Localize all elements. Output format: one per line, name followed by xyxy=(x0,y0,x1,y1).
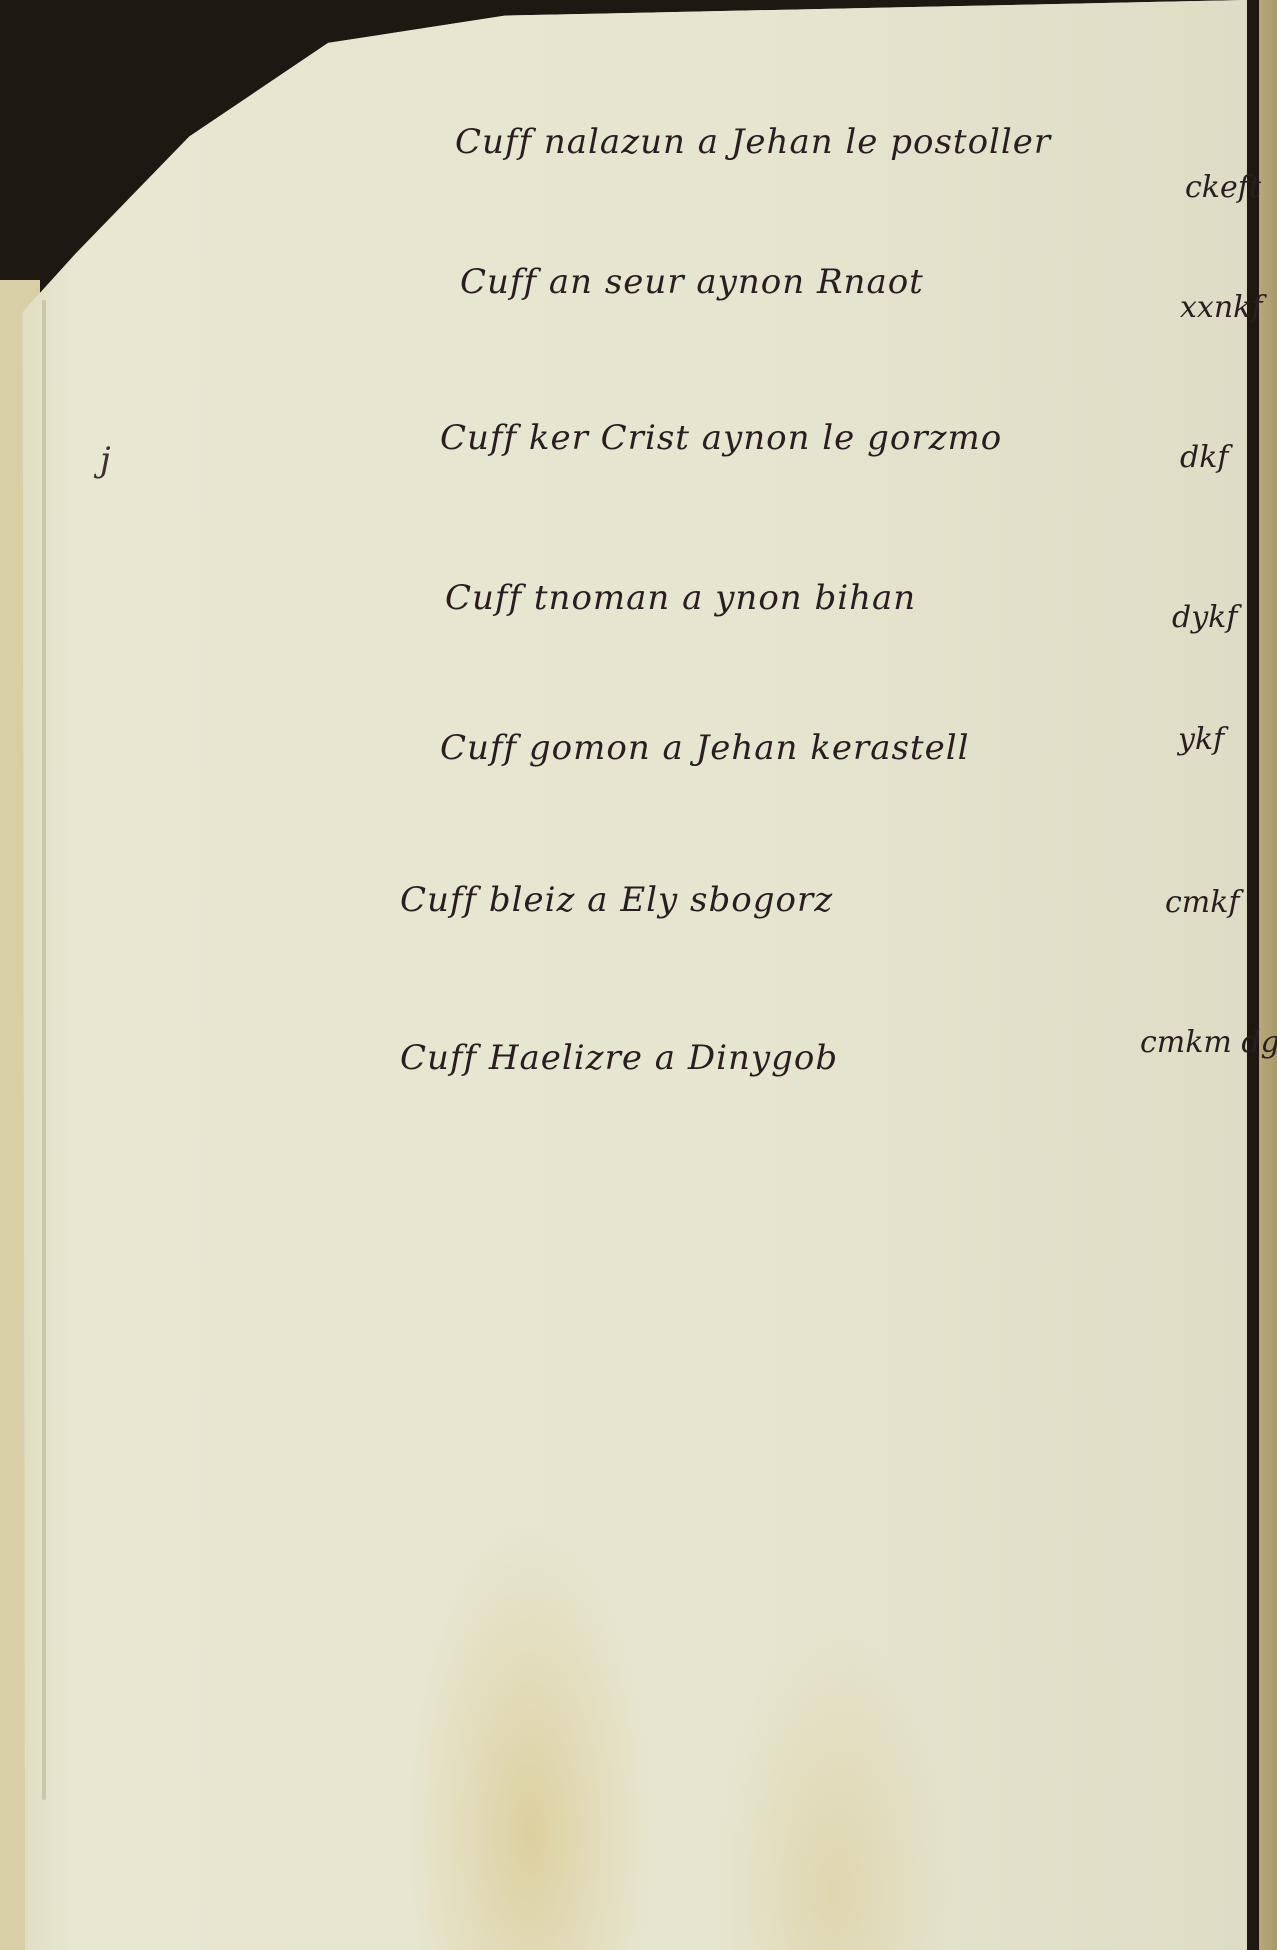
entry-amount-4: dykf xyxy=(1172,600,1237,635)
entry-amount-6: cmkf xyxy=(1165,885,1240,920)
page-edge-fold xyxy=(42,300,46,1800)
entry-amount-2: xxnkf xyxy=(1180,290,1262,325)
entry-line-2: Cuff an seur aynon Rnaot xyxy=(460,262,924,302)
entry-line-1: Cuff nalazun a Jehan le postoller xyxy=(455,122,1051,162)
entry-amount-3: dkf xyxy=(1180,440,1229,475)
entry-amount-7: cmkm dg xyxy=(1140,1025,1277,1060)
entry-amount-5: ykf xyxy=(1178,722,1224,757)
entry-line-7: Cuff Haelizre a Dinygob xyxy=(400,1038,838,1078)
entry-line-5: Cuff gomon a Jehan kerastell xyxy=(440,728,969,768)
left-margin-mark: j xyxy=(100,440,111,480)
entry-line-4: Cuff tnoman a ynon bihan xyxy=(445,578,916,618)
entry-amount-1: ckeft xyxy=(1185,170,1261,205)
entry-line-3: Cuff ker Crist aynon le gorzmo xyxy=(440,418,1002,458)
entry-line-6: Cuff bleiz a Ely sbogorz xyxy=(400,880,833,920)
